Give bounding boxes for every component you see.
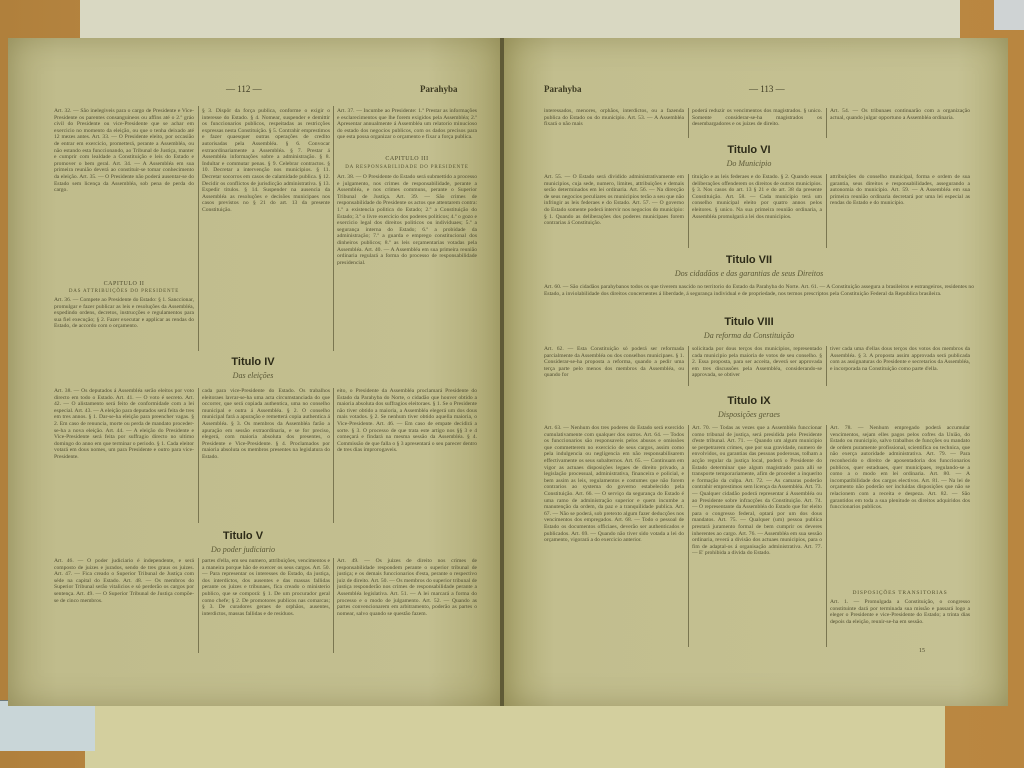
titulo-vii-subtitle: Dos cidadãos e das garantias de seus Dir… <box>624 269 874 278</box>
column-rule <box>688 174 689 248</box>
left-page: — 112 — Parahyba Art. 32. — São inelegiv… <box>8 38 502 706</box>
titulo-v-subtitle: Do poder judiciario <box>168 545 318 554</box>
transitory-text: Art. 1. — Promulgada a Constituição, o c… <box>830 599 970 647</box>
running-title-left: Parahyba <box>420 84 458 94</box>
left-col2-text: § 3. Dispôr da força publica, conforme o… <box>202 108 330 353</box>
titulo-ix-subtitle: Disposições geraes <box>684 410 814 419</box>
signature-mark: 15 <box>919 648 925 654</box>
column-rule <box>826 346 827 386</box>
titulo-viii-col3: tiver cada uma d'ellas dous terços dos v… <box>830 346 970 386</box>
titulo-ix-col1: Art. 63. — Nenhum dos tres poderes do Es… <box>544 425 684 647</box>
titulo-viii-heading: Titulo VIII <box>684 316 814 328</box>
titulo-vi-heading: Titulo VI <box>684 144 814 156</box>
right-top-col1: interessados, menores, orphãos, interdic… <box>544 108 684 138</box>
titulo-ix-heading: Titulo IX <box>684 395 814 407</box>
page-number-right: — 113 — <box>749 84 785 94</box>
titulo-vi-col3: attribuições do conselho municipal, form… <box>830 174 970 248</box>
titulo-v-col2: partes d'ella, em seu numero, attribuiçõ… <box>202 558 330 653</box>
chapter-iii-subtitle: DA RESPONSABILIDADE DO PRESIDENTE <box>337 165 477 170</box>
titulo-vi-col1: Art. 55. — O Estado será dividido admini… <box>544 174 684 248</box>
titulo-ix-col3: Art. 78. — Nenhum empregado poderá accum… <box>830 425 970 585</box>
titulo-iv-subtitle: Das eleições <box>188 371 318 380</box>
titulo-vi-col2: tituição e as leis federaes e do Estado.… <box>692 174 822 248</box>
right-page: Parahyba — 113 — interessados, menores, … <box>504 38 1008 706</box>
column-rule <box>688 108 689 138</box>
right-top-col3: Art. 54. — Os tribunaes continuarão com … <box>830 108 970 138</box>
column-rule <box>826 174 827 248</box>
titulo-vii-heading: Titulo VII <box>684 254 814 266</box>
titulo-v-col3: Art. 49. — Os juizes de direito nos crim… <box>337 558 477 653</box>
right-top-col2: poderá reduzir os vencimentos dos magist… <box>692 108 822 138</box>
titulo-vi-subtitle: Do Municipio <box>684 159 814 168</box>
titulo-vii-text: Art. 60. — São cidadãos parahybanos todo… <box>544 284 974 306</box>
column-rule <box>826 108 827 138</box>
chapter-iii-heading: CAPITULO III <box>337 156 477 162</box>
titulo-iv-col3: eito, o Presidente da Assembléa proclama… <box>337 388 477 523</box>
left-col3-text: Art. 37. — Incumbe ao Presidente: 1.º Pr… <box>337 108 477 152</box>
column-rule <box>333 106 334 351</box>
transitory-heading: DISPOSIÇÕES TRANSITORIAS <box>830 590 970 596</box>
column-rule <box>688 346 689 386</box>
titulo-iv-col2: cada para vice-Presidente do Estado. Os … <box>202 388 330 523</box>
titulo-v-heading: Titulo V <box>178 530 308 542</box>
column-rule <box>333 558 334 653</box>
page-number-left: — 112 — <box>226 84 262 94</box>
column-rule <box>198 388 199 523</box>
column-rule <box>688 425 689 647</box>
background-corner <box>994 0 1024 30</box>
open-book: — 112 — Parahyba Art. 32. — São inelegiv… <box>8 38 1008 706</box>
column-rule <box>198 558 199 653</box>
background-paper-bottom <box>85 700 945 768</box>
left-col1-after: Art. 36. — Compete ao Presidente do Esta… <box>54 297 194 349</box>
chapter-ii-heading: CAPITULO II <box>54 281 194 287</box>
titulo-viii-col2: solicitada por dous terços dos municipio… <box>692 346 822 386</box>
column-rule <box>826 425 827 647</box>
column-rule <box>198 106 199 351</box>
background-card <box>0 700 95 751</box>
titulo-viii-subtitle: Da reforma da Constituição <box>664 331 834 340</box>
left-col1-text: Art. 32. — São inelegiveis para o cargo … <box>54 108 194 278</box>
titulo-viii-col1: Art. 62. — Esta Constituição só poderá s… <box>544 346 684 386</box>
titulo-iv-col1: Art. 38. — Os deputados á Assembléa serã… <box>54 388 194 523</box>
chapter-ii-subtitle: DAS ATTRIBUIÇÕES DO PRESIDENTE <box>54 289 194 294</box>
titulo-v-col1: Art. 46. — O poder judiciario é independ… <box>54 558 194 653</box>
titulo-ix-col2: Art. 70. — Todas as vezes que a Assemblé… <box>692 425 822 647</box>
left-col3-after: Art. 38. — O Presidente do Estado será s… <box>337 174 477 350</box>
column-rule <box>333 388 334 523</box>
titulo-iv-heading: Titulo IV <box>188 356 318 368</box>
running-title-right: Parahyba <box>544 84 582 94</box>
